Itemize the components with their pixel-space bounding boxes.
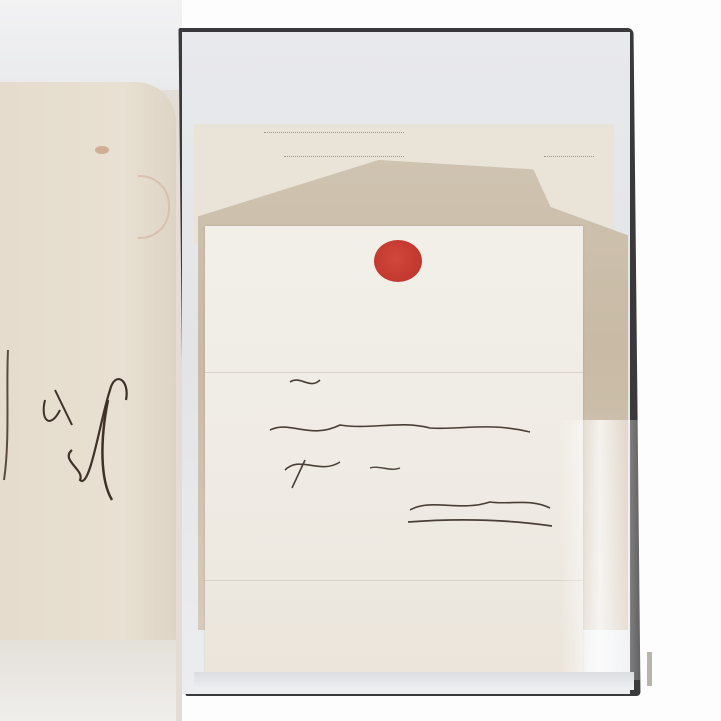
plastic-glare — [560, 420, 640, 680]
red-ink-mark — [95, 146, 109, 154]
address-handwriting — [230, 370, 590, 540]
left-plastic-sleeve — [0, 0, 182, 90]
left-signature-handwriting — [0, 330, 140, 530]
left-sleeve-bottom — [0, 640, 176, 721]
wax-seal — [374, 240, 422, 282]
letter-fold-line — [205, 580, 583, 581]
sleeve-bottom-edge — [194, 672, 634, 690]
binder-clip — [647, 652, 652, 686]
